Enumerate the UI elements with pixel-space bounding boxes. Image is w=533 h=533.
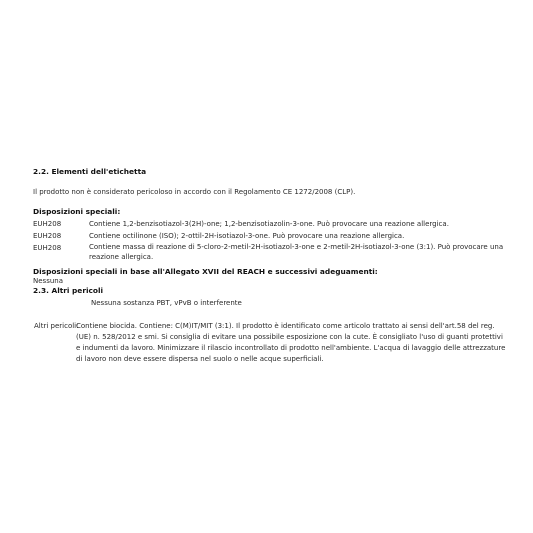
section-heading-2-2: 2.2. Elementi dell'etichetta (33, 166, 146, 177)
provision-code: EUH208 (33, 231, 61, 242)
provision-text: Contiene massa di reazione di 5-cloro-2-… (89, 243, 509, 262)
provision-text: Contiene octilinone (ISO); 2-ottil-2H-is… (89, 231, 509, 242)
other-hazards-text: Contiene biocida. Contiene: C(M)IT/MIT (… (76, 321, 506, 365)
provision-code: EUH208 (33, 219, 61, 230)
provision-code: EUH208 (33, 243, 61, 254)
clp-statement: Il prodotto non è considerato pericoloso… (33, 187, 355, 198)
reach-heading: Disposizioni speciali in base all'Allega… (33, 266, 378, 277)
section-heading-2-3: 2.3. Altri pericoli (33, 285, 103, 296)
provision-text: Contiene 1,2-benzisotiazol-3(2H)-one; 1,… (89, 219, 509, 230)
other-hazards-label: Altri pericoli: (34, 321, 78, 332)
pbt-statement: Nessuna sostanza PBT, vPvB o interferent… (91, 298, 242, 309)
special-provisions-heading: Disposizioni speciali: (33, 206, 120, 217)
